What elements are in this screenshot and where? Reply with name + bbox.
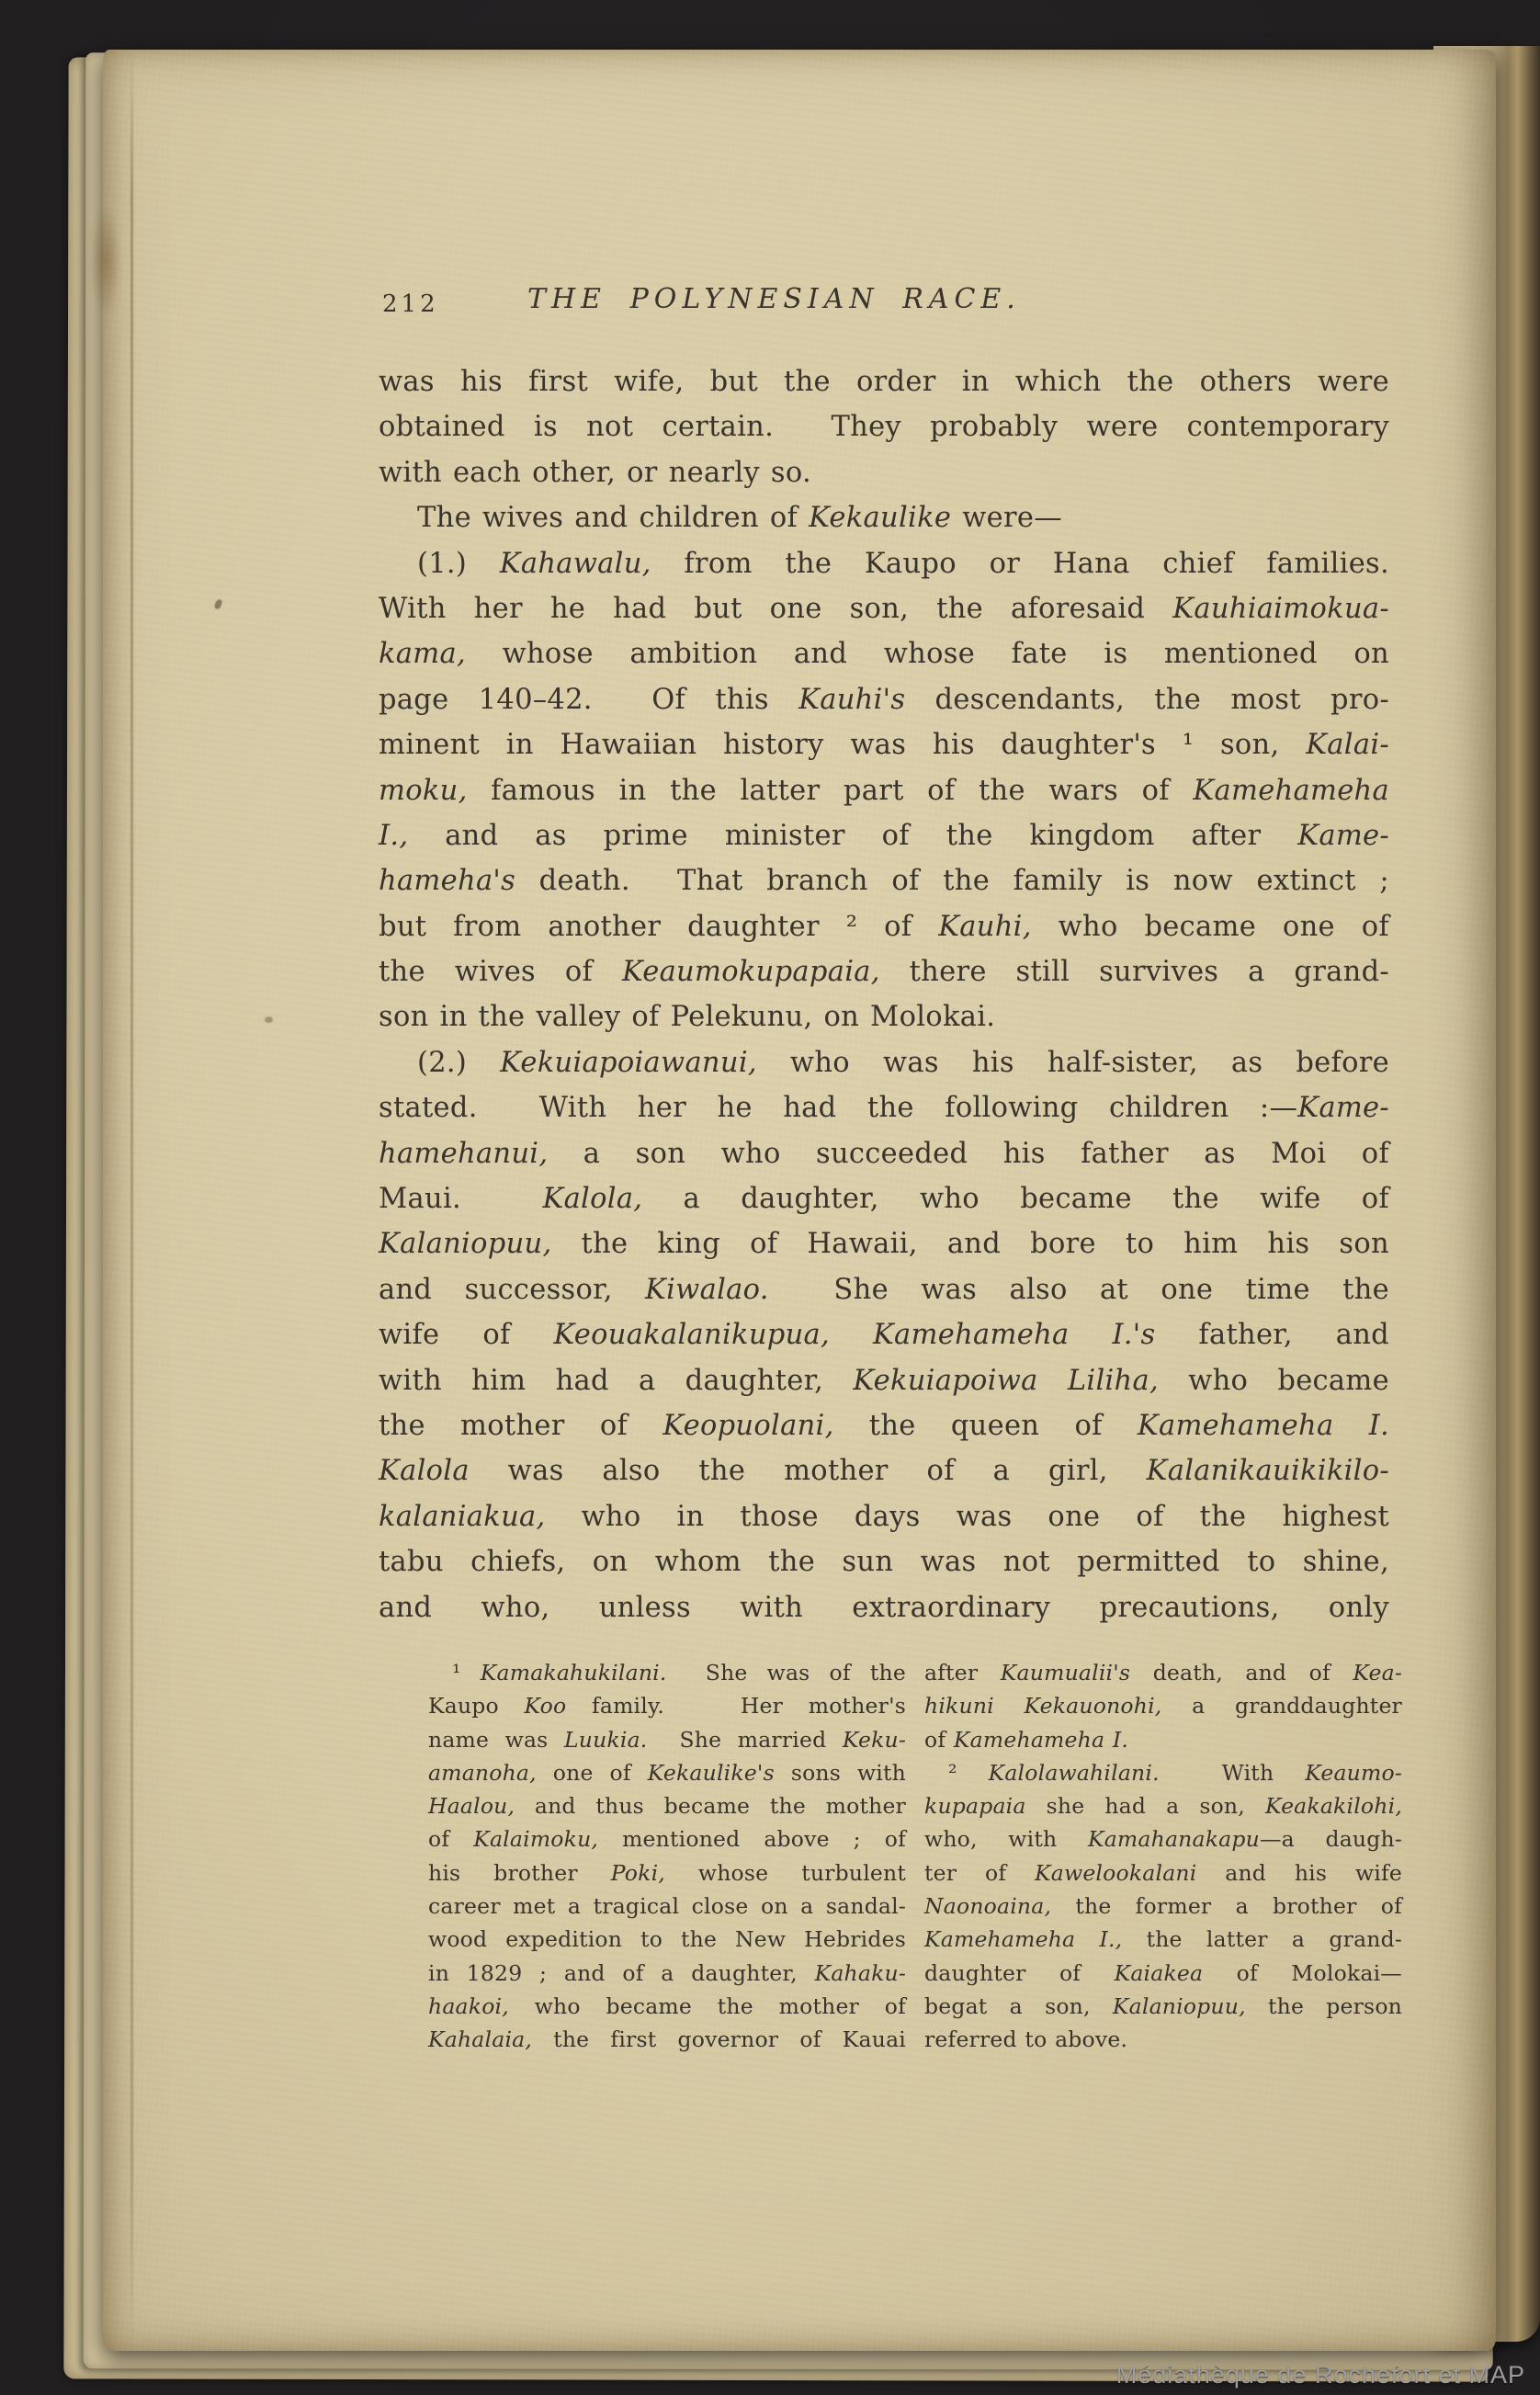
text-line: minent in Hawaiian history was his daugh… xyxy=(379,722,1389,767)
text-line: hameha's death. That branch of the famil… xyxy=(379,858,1389,903)
page-number: 212 xyxy=(382,290,439,318)
text-line: his brother Poki, whose turbulent xyxy=(428,1856,906,1890)
paper-speck xyxy=(213,598,222,610)
text-line: name was Luukia. She married Keku- xyxy=(428,1723,906,1756)
text-line: was his first wife, but the order in whi… xyxy=(379,359,1389,404)
text-line: the mother of Keopuolani, the queen of K… xyxy=(379,1403,1389,1448)
text-line: hikuni Kekauonohi, a granddaughter xyxy=(924,1689,1402,1722)
text-line: Kahalaia, the first governor of Kauai xyxy=(428,2023,906,2056)
text-line: who, with Kamahanakapu—a daugh- xyxy=(924,1822,1402,1856)
text-line: but from another daughter ² of Kauhi, wh… xyxy=(379,904,1389,949)
text-line: The wives and children of Kekaulike were… xyxy=(379,495,1389,540)
text-line: and successor, Kiwalao. She was also at … xyxy=(379,1267,1389,1312)
text-line: tabu chiefs, on whom the sun was not per… xyxy=(379,1539,1389,1584)
text-line: with each other, or nearly so. xyxy=(379,450,1389,495)
text-line: Naonoaina, the former a brother of xyxy=(924,1890,1402,1923)
text-line: after Kaumualii's death, and of Kea- xyxy=(924,1656,1402,1689)
page-crease xyxy=(130,57,133,2344)
scan-background: 212 THE POLYNESIAN RACE. was his first w… xyxy=(0,0,1540,2395)
text-line: kama, whose ambition and whose fate is m… xyxy=(379,631,1389,676)
text-line: Kalaniopuu, the king of Hawaii, and bore… xyxy=(379,1221,1389,1266)
text-line: with him had a daughter, Kekuiapoiwa Lil… xyxy=(379,1358,1389,1403)
text-line: referred to above. xyxy=(924,2023,1402,2056)
text-line: moku, famous in the latter part of the w… xyxy=(379,768,1389,813)
text-line: ¹ Kamakahukilani. She was of the xyxy=(428,1656,906,1689)
footnotes: ¹ Kamakahukilani. She was of theKaupo Ko… xyxy=(428,1656,1402,2057)
text-line: Kaupo Koo family. Her mother's xyxy=(428,1689,906,1722)
text-line: begat a son, Kalaniopuu, the person xyxy=(924,1990,1402,2023)
text-line: daughter of Kaiakea of Molokai— xyxy=(924,1957,1402,1990)
text-line: obtained is not certain. They probably w… xyxy=(379,404,1389,449)
text-line: kupapaia she had a son, Keakakilohi, xyxy=(924,1789,1402,1822)
text-line: Kamehameha I., the latter a grand- xyxy=(924,1923,1402,1956)
text-line: Haalou, and thus became the mother xyxy=(428,1789,906,1822)
body-text: was his first wife, but the order in whi… xyxy=(379,359,1389,1630)
footnote-column-right: after Kaumualii's death, and of Kea-hiku… xyxy=(924,1656,1402,2057)
footnote-column-left: ¹ Kamakahukilani. She was of theKaupo Ko… xyxy=(428,1656,906,2057)
text-line: stated. With her he had the following ch… xyxy=(379,1085,1389,1130)
text-line: Kalola was also the mother of a girl, Ka… xyxy=(379,1448,1389,1493)
running-header: 212 THE POLYNESIAN RACE. xyxy=(379,281,1389,322)
text-line: in 1829 ; and of a daughter, Kahaku- xyxy=(428,1957,906,1990)
text-line: amanoha, one of Kekaulike's sons with xyxy=(428,1756,906,1789)
running-title: THE POLYNESIAN RACE. xyxy=(527,283,1021,315)
text-line: of Kamehameha I. xyxy=(924,1723,1402,1756)
text-line: kalaniakua, who in those days was one of… xyxy=(379,1494,1389,1539)
text-line: ² Kalolawahilani. With Keaumo- xyxy=(924,1756,1402,1789)
book-page: 212 THE POLYNESIAN RACE. was his first w… xyxy=(103,50,1496,2351)
text-line: ter of Kawelookalani and his wife xyxy=(924,1856,1402,1890)
text-line: (1.) Kahawalu, from the Kaupo or Hana ch… xyxy=(379,541,1389,586)
text-line: With her he had but one son, the aforesa… xyxy=(379,586,1389,631)
text-line: career met a tragical close on a sandal- xyxy=(428,1890,906,1923)
text-line: of Kalaimoku, mentioned above ; of xyxy=(428,1822,906,1856)
text-line: I., and as prime minister of the kingdom… xyxy=(379,813,1389,858)
text-line: wood expedition to the New Hebrides xyxy=(428,1923,906,1956)
watermark-credit: Médiathèque de Rochefort et MAP xyxy=(1116,2355,1525,2395)
text-line: son in the valley of Pelekunu, on Moloka… xyxy=(379,994,1389,1039)
paper-speck xyxy=(265,1016,273,1023)
text-line: page 140–42. Of this Kauhi's descendants… xyxy=(379,677,1389,722)
text-line: haakoi, who became the mother of xyxy=(428,1990,906,2023)
paper-stain xyxy=(90,206,121,316)
text-line: Maui. Kalola, a daughter, who became the… xyxy=(379,1176,1389,1221)
text-line: the wives of Keaumokupapaia, there still… xyxy=(379,949,1389,994)
text-line: and who, unless with extraordinary preca… xyxy=(379,1585,1389,1630)
text-line: hamehanui, a son who succeeded his fathe… xyxy=(379,1131,1389,1176)
text-line: (2.) Kekuiapoiawanui, who was his half-s… xyxy=(379,1040,1389,1085)
text-line: wife of Keouakalanikupua, Kamehameha I.'… xyxy=(379,1312,1389,1357)
